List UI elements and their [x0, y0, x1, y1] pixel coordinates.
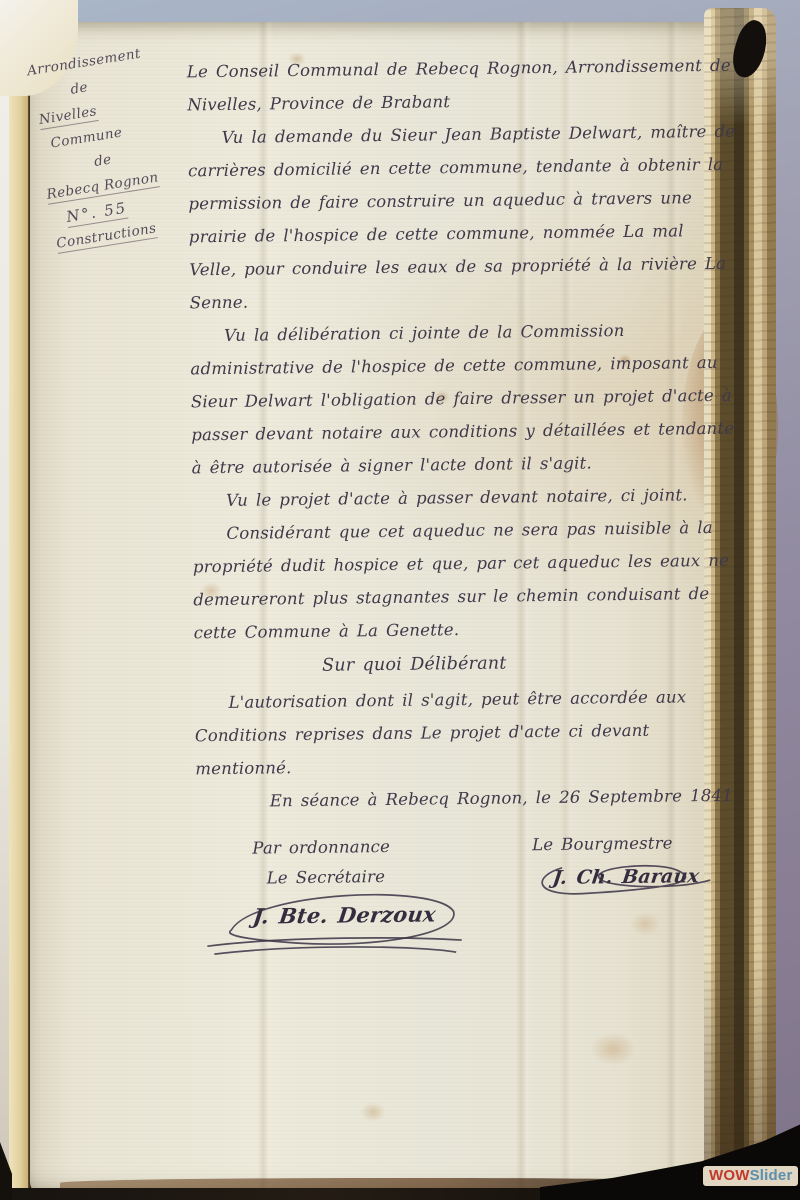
- deliberation-text: Le Conseil Communal de Rebecq Rognon, Ar…: [187, 49, 746, 936]
- opening-paragraph: Le Conseil Communal de Rebecq Rognon, Ar…: [187, 49, 736, 122]
- secretary-title: Le Secrétaire: [267, 861, 475, 894]
- paragraph-deliberation: Vu la délibération ci jointe de la Commi…: [190, 313, 740, 485]
- foxing-spot: [590, 1032, 636, 1066]
- watermark-wow-label: WOW: [709, 1167, 750, 1184]
- foxing-spot: [360, 1102, 386, 1122]
- manuscript-photo: Arrondissement de Nivelles Commune de Re…: [0, 0, 800, 1200]
- photo-background-left: [0, 0, 9, 1200]
- dateline: En séance à Rebecq Rognon, le 26 Septemb…: [270, 779, 744, 818]
- bourgmestre-signature-block: Le Bourgmestre J. Ch. Baraux: [532, 828, 745, 932]
- paragraph-considerant: Considérant que cet aqueduc ne sera pas …: [192, 511, 742, 650]
- facing-page-edge: [9, 0, 28, 1200]
- paragraph-resolution: L'autorisation dont il s'agit, peut être…: [194, 680, 743, 786]
- bourgmestre-signature: J. Ch. Baraux: [550, 860, 701, 895]
- bourgmestre-title: Le Bourgmestre: [532, 828, 745, 861]
- signature-block: Par ordonnance Le Secrétaire J. Bte. Der…: [196, 828, 745, 936]
- secretary-signature: J. Bte. Derzoux: [251, 897, 438, 932]
- watermark-slider-label: Slider: [750, 1167, 793, 1184]
- paragraph-demande: Vu la demande du Sieur Jean Baptiste Del…: [187, 115, 737, 320]
- wowslider-watermark[interactable]: WOWSlider: [703, 1166, 798, 1186]
- secretary-signature-block: Par ordonnance Le Secrétaire J. Bte. Der…: [252, 831, 475, 935]
- resolution-heading: Sur quoi Délibérant: [322, 645, 742, 683]
- secretary-ordinance-label: Par ordonnance: [252, 831, 474, 864]
- margin-annotations: Arrondissement de Nivelles Commune de Re…: [25, 35, 212, 257]
